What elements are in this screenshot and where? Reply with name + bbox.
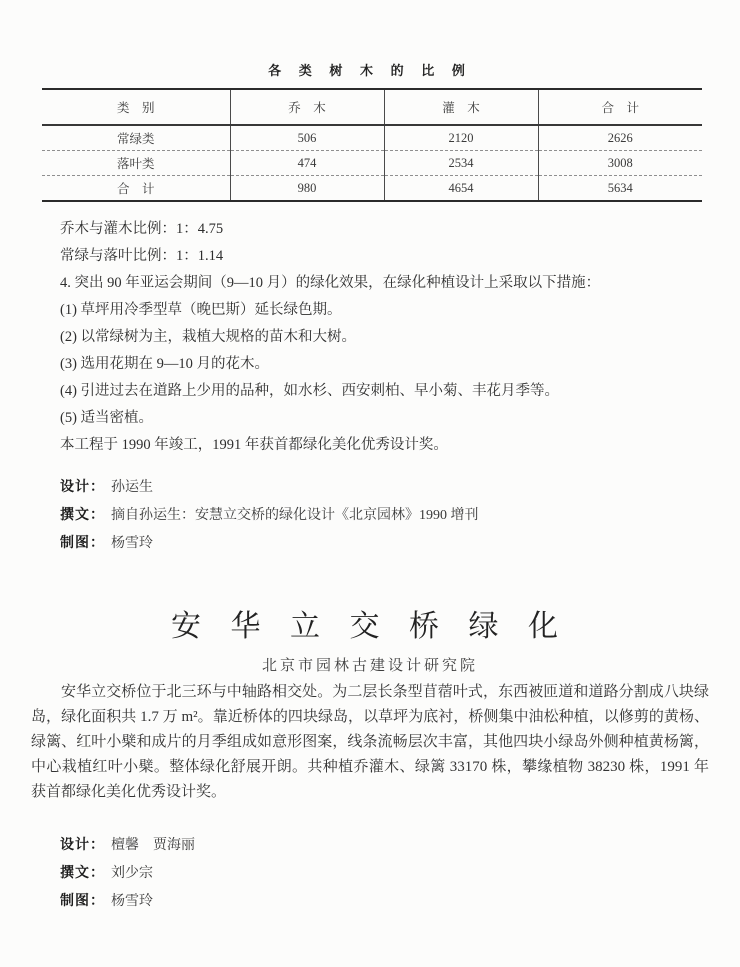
cell-value: 2534	[384, 151, 538, 176]
measure-item-2: (2) 以常绿树为主，栽植大规格的苗木和大树。	[60, 324, 712, 351]
cell-value: 2626	[538, 125, 702, 151]
measure-item-4: (4) 引进过去在道路上少用的品种，如水杉、西安刺柏、早小菊、丰花月季等。	[60, 378, 712, 405]
credit-value: 杨雪玲	[111, 536, 153, 551]
table-header-row: 类 别 乔 木 灌 木 合 计	[42, 89, 702, 125]
cell-value: 980	[230, 176, 384, 202]
header-category: 类 别	[42, 89, 230, 125]
table-row-total: 合 计 980 4654 5634	[42, 176, 702, 202]
credit-label: 制图：	[60, 892, 105, 908]
credit-label: 制图：	[60, 534, 105, 550]
credit-label: 撰文：	[60, 506, 105, 522]
article-title: 安 华 立 交 桥 绿 化	[0, 601, 740, 645]
credit-drawing: 制图：杨雪玲	[60, 886, 195, 914]
row-label: 落叶类	[42, 151, 230, 176]
cell-value: 3008	[538, 151, 702, 176]
article-subtitle: 北京市园林古建设计研究院	[0, 654, 740, 675]
table-row-evergreen: 常绿类 506 2120 2626	[42, 125, 702, 151]
credit-value: 摘自孙运生：安慧立交桥的绿化设计《北京园林》1990 增刊	[111, 508, 479, 523]
credit-value: 檀馨 贾海丽	[111, 838, 195, 853]
credit-label: 撰文：	[60, 864, 105, 880]
table-row-deciduous: 落叶类 474 2534 3008	[42, 151, 702, 176]
cell-value: 5634	[538, 176, 702, 202]
credit-text: 撰文：刘少宗	[60, 858, 195, 886]
article-paragraph: 安华立交桥位于北三环与中轴路相交处。为二层长条型苜蓿叶式，东西被匝道和道路分割成…	[31, 680, 709, 805]
header-shrub: 灌 木	[384, 89, 538, 125]
credits-anhui-article: 设计：孙运生 撰文：摘自孙运生：安慧立交桥的绿化设计《北京园林》1990 增刊 …	[60, 472, 479, 556]
table-title: 各 类 树 木 的 比 例	[0, 60, 740, 79]
cell-value: 4654	[384, 176, 538, 202]
tree-proportion-table: 类 别 乔 木 灌 木 合 计 常绿类 506 2120 2626 落叶类 47…	[42, 88, 702, 202]
credit-value: 杨雪玲	[111, 894, 153, 909]
header-total: 合 计	[538, 89, 702, 125]
credits-anhua-article: 设计：檀馨 贾海丽 撰文：刘少宗 制图：杨雪玲	[60, 830, 195, 914]
row-label: 常绿类	[42, 125, 230, 151]
completion-note: 本工程于 1990 年竣工，1991 年获首都绿化美化优秀设计奖。	[60, 432, 712, 459]
measure-item-5: (5) 适当密植。	[60, 405, 712, 432]
measures-intro-line: 4. 突出 90 年亚运会期间（9—10 月）的绿化效果，在绿化种植设计上采取以…	[60, 270, 712, 297]
measure-item-3: (3) 选用花期在 9—10 月的花木。	[60, 351, 712, 378]
cell-value: 2120	[384, 125, 538, 151]
credit-label: 设计：	[60, 836, 105, 852]
ratio-line-evergreen-deciduous: 常绿与落叶比例：1：1.14	[60, 243, 712, 270]
scanned-document-page: 各 类 树 木 的 比 例 类 别 乔 木 灌 木 合 计 常绿类 506 21…	[0, 0, 740, 967]
header-arbor: 乔 木	[230, 89, 384, 125]
row-label: 合 计	[42, 176, 230, 202]
cell-value: 506	[230, 125, 384, 151]
credit-drawing: 制图：杨雪玲	[60, 528, 479, 556]
greening-measures-text: 乔木与灌木比例：1：4.75 常绿与落叶比例：1：1.14 4. 突出 90 年…	[60, 216, 712, 459]
cell-value: 474	[230, 151, 384, 176]
credit-design: 设计：檀馨 贾海丽	[60, 830, 195, 858]
ratio-line-arbor-shrub: 乔木与灌木比例：1：4.75	[60, 216, 712, 243]
credit-value: 孙运生	[111, 480, 153, 495]
credit-label: 设计：	[60, 478, 105, 494]
measure-item-1: (1) 草坪用冷季型草（晚巴斯）延长绿色期。	[60, 297, 712, 324]
credit-value: 刘少宗	[111, 866, 153, 881]
credit-text: 撰文：摘自孙运生：安慧立交桥的绿化设计《北京园林》1990 增刊	[60, 500, 479, 528]
credit-design: 设计：孙运生	[60, 472, 479, 500]
